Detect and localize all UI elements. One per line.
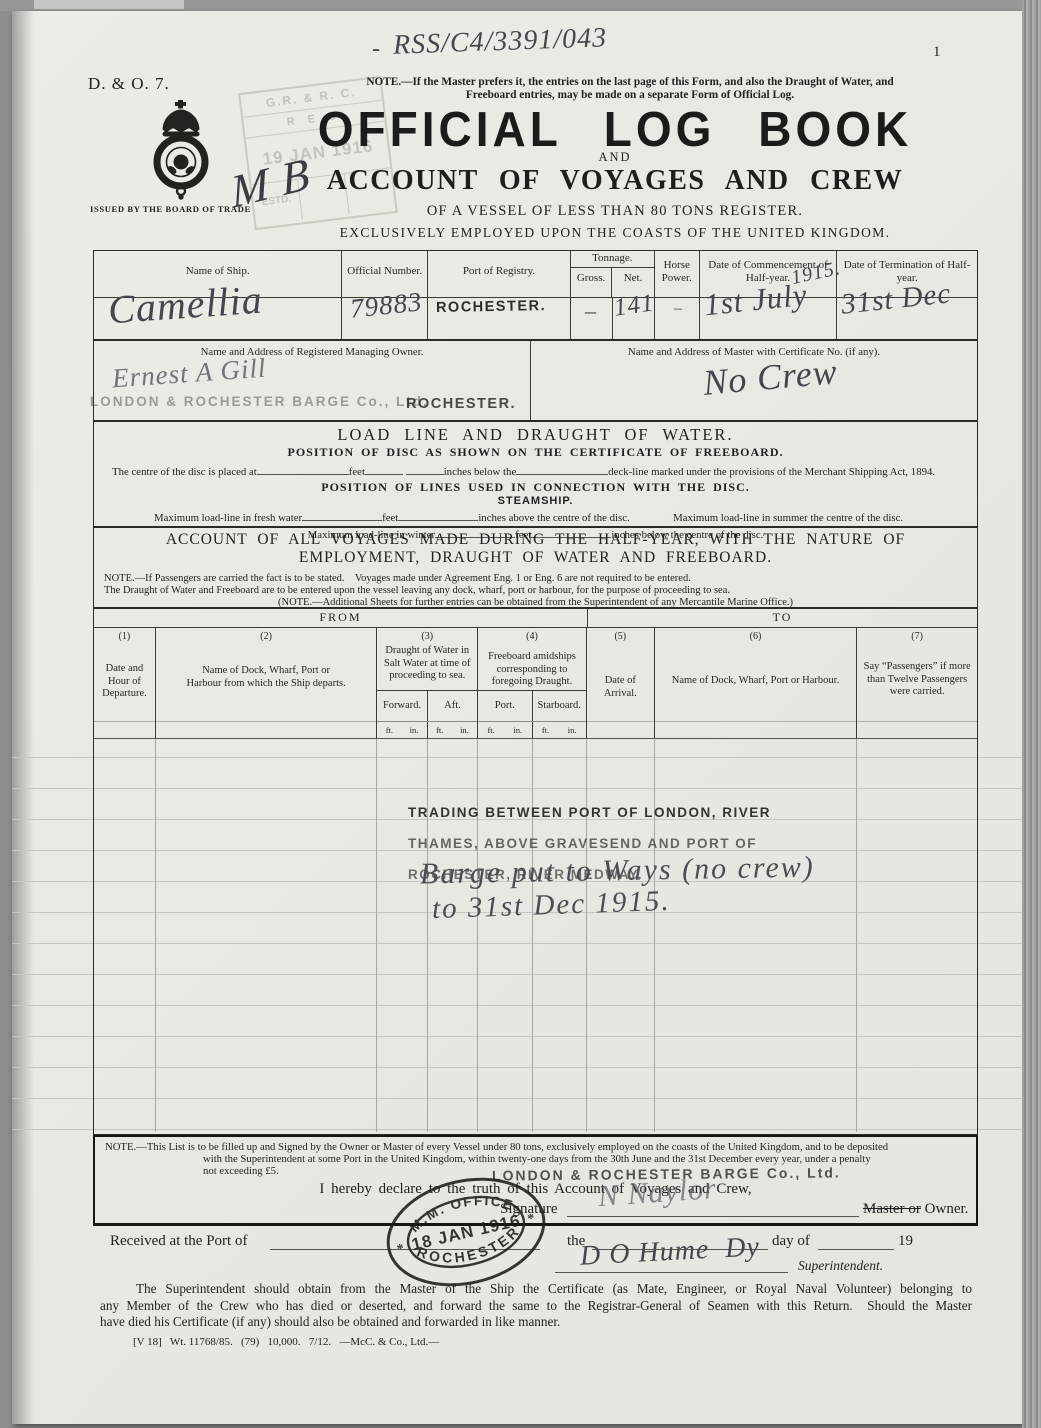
col5-label: Date of Arrival. [587, 643, 654, 721]
port-stamp-owner: ROCHESTER. [406, 396, 516, 412]
col4-sub-starboard: Starboard. [533, 691, 586, 721]
stamp-left-mark: * [396, 1242, 406, 1258]
col4-sub-port: Port. [478, 691, 532, 721]
master-or-struck: Master or [863, 1201, 921, 1217]
col2-num: (2) [156, 628, 377, 643]
ft-label: ft. [542, 724, 549, 737]
position-disc-line: POSITION OF DISC AS SHOWN ON THE CERTIFI… [94, 445, 977, 460]
header-gross: Gross. [571, 268, 613, 297]
handwritten-gross-tonnage: – [585, 298, 597, 324]
header-horse-power: Horse Power. [655, 251, 700, 297]
inches-below: inches below the [444, 466, 517, 478]
col-departure: (1) Date and Hour of Departure. [94, 628, 156, 738]
account-title-line1: ACCOUNT OF ALL VOYAGES MADE DURING THE H… [94, 528, 977, 549]
col4-num: (4) [478, 628, 586, 643]
super-note-line1: The Superintendent should obtain from th… [100, 1281, 972, 1298]
account-section: ACCOUNT OF ALL VOYAGES MADE DURING THE H… [93, 527, 978, 608]
port-of-registry-stamp: ROCHESTER. [436, 298, 546, 316]
col2-label: Name of Dock, Wharf, Port or Harbour fro… [156, 643, 377, 721]
received-pre: Received at the Port of [110, 1233, 247, 1250]
in-label: in. [513, 724, 522, 737]
col5-num: (5) [587, 628, 654, 643]
col1-label: Date and Hour of Departure. [94, 643, 155, 721]
load-line-section: LOAD LINE AND DRAUGHT OF WATER. POSITION… [93, 421, 978, 527]
trading-stamp-line1: TRADING BETWEEN PORT OF LONDON, RIVER [408, 797, 771, 828]
ft-label: ft. [436, 724, 443, 737]
col1-num: (1) [94, 628, 155, 643]
centre-disc-line: The centre of the disc is placed atfeet … [94, 460, 977, 478]
centre-post: deck-line marked under the provisions of… [608, 466, 935, 478]
header-tonnage: Tonnage. [571, 251, 654, 268]
feet-label: feet [349, 466, 365, 478]
masthead-note: NOTE.—If the Master prefers it, the entr… [330, 76, 930, 102]
col3-num: (3) [377, 628, 477, 643]
vessel-line: OF A VESSEL OF LESS THAN 80 TONS REGISTE… [300, 203, 930, 220]
col-arrival: (5) Date of Arrival. [587, 628, 655, 738]
voyage-header-row: (1) Date and Hour of Departure. (2) Name… [94, 628, 977, 739]
declaration-note-line1: NOTE.—This List is to be filled up and S… [95, 1137, 976, 1153]
feet-label: feet [382, 512, 398, 524]
ft-label: ft. [386, 724, 393, 737]
superintendent-label: Superintendent. [798, 1258, 883, 1274]
stamp-right-mark: * [526, 1211, 536, 1227]
col4-label: Freeboard amidships corresponding to for… [478, 643, 586, 690]
account-note3: (NOTE.—Additional Sheets for further ent… [94, 596, 977, 608]
superintendent-instructions: The Superintendent should obtain from th… [100, 1281, 972, 1331]
paper-slip-edge [34, 0, 184, 9]
and-label: AND [300, 150, 930, 165]
in-label: in. [410, 724, 419, 737]
super-note-line3: have died his Certificate (if any) shoul… [100, 1314, 972, 1331]
col-freeboard: (4) Freeboard amidships corresponding to… [478, 628, 587, 738]
header-port-of-registry: Port of Registry. [428, 251, 571, 297]
page-number: 1 [933, 44, 941, 61]
fresh-pre: Maximum load-line in fresh water [154, 512, 302, 524]
col6-label: Name of Dock, Wharf, Port or Harbour. [655, 643, 857, 721]
owner-header: Name and Address of Registered Managing … [94, 341, 530, 359]
to-header: TO [588, 609, 977, 627]
master-or-owner: Master or Owner. [863, 1201, 968, 1218]
position-lines-line: POSITION OF LINES USED IN CONNECTION WIT… [94, 478, 977, 495]
col7-label: Say “Passengers” if more than Twelve Pas… [857, 643, 977, 721]
handwritten-ref-dash: - [372, 36, 381, 63]
col3-label: Draught of Water in Salt Water at time o… [377, 643, 477, 690]
board-of-trade-crest-icon [150, 100, 212, 200]
handwritten-horse-power: – [674, 300, 683, 318]
owner-word: Owner. [925, 1201, 969, 1217]
fresh-water-line: Maximum load-line in fresh waterfeetinch… [94, 507, 977, 524]
masthead-note-line1: NOTE.—If the Master prefers it, the entr… [330, 76, 930, 89]
printer-imprint: [V 18] Wt. 11768/85. (79) 10,000. 7/12. … [133, 1336, 439, 1348]
col7-num: (7) [857, 628, 977, 643]
company-stamp-owner: LONDON & ROCHESTER BARGE Co., Ltd. [90, 394, 429, 409]
col3-sub-aft: Aft. [428, 691, 477, 721]
col-draught: (3) Draught of Water in Salt Water at ti… [377, 628, 478, 738]
col6-num: (6) [655, 628, 857, 643]
signature-blank-line [567, 1216, 859, 1217]
load-line-title: LOAD LINE AND DRAUGHT OF WATER. [94, 422, 977, 445]
coasts-line: EXCLUSIVELY EMPLOYED UPON THE COASTS OF … [300, 225, 930, 241]
subtitle: ACCOUNT OF VOYAGES AND CREW [300, 165, 930, 197]
col-to-dock: (6) Name of Dock, Wharf, Port or Harbour… [655, 628, 858, 738]
col3-sub-forward: Forward. [377, 691, 427, 721]
in-label: in. [460, 724, 469, 737]
account-note2: The Draught of Water and Freeboard are t… [94, 584, 977, 596]
ft-label: ft. [487, 724, 494, 737]
handwritten-voyage-entry-line1: Barge put to Ways (no crew) [420, 851, 815, 892]
col-passengers: (7) Say “Passengers” if more than Twelve… [857, 628, 977, 738]
scanned-log-book-page: - RSS/C4/3391/043 1 D. & O. 7. G.R. & R.… [0, 0, 1041, 1428]
from-header: FROM [94, 609, 588, 627]
book-spine-shadow [12, 11, 34, 1424]
page-edges-right [1022, 0, 1041, 1428]
account-note1: NOTE.—If Passengers are carried the fact… [94, 567, 977, 584]
day-of-label: day of [772, 1233, 810, 1250]
super-note-line2: any Member of the Crew who has died or d… [100, 1298, 972, 1315]
steamship-label: STEAMSHIP. [94, 495, 977, 507]
account-title-line2: EMPLOYMENT, DRAUGHT OF WATER AND FREEBOA… [94, 549, 977, 567]
issued-by-caption: ISSUED BY THE BOARD OF TRADE [90, 204, 251, 214]
form-code: D. & O. 7. [88, 74, 170, 94]
fresh-post: inches above the centre of the disc. [478, 512, 629, 524]
summer-line: Maximum load-line in summer the centre o… [673, 512, 903, 524]
year-prefix: 19 [898, 1233, 913, 1250]
in-label: in. [568, 724, 577, 737]
col-from-dock: (2) Name of Dock, Wharf, Port or Harbour… [156, 628, 378, 738]
month-blank [818, 1249, 894, 1250]
handwritten-net-tonnage: 141 [612, 289, 656, 322]
centre-pre: The centre of the disc is placed at [112, 466, 257, 478]
from-to-row: FROM TO [94, 609, 977, 628]
